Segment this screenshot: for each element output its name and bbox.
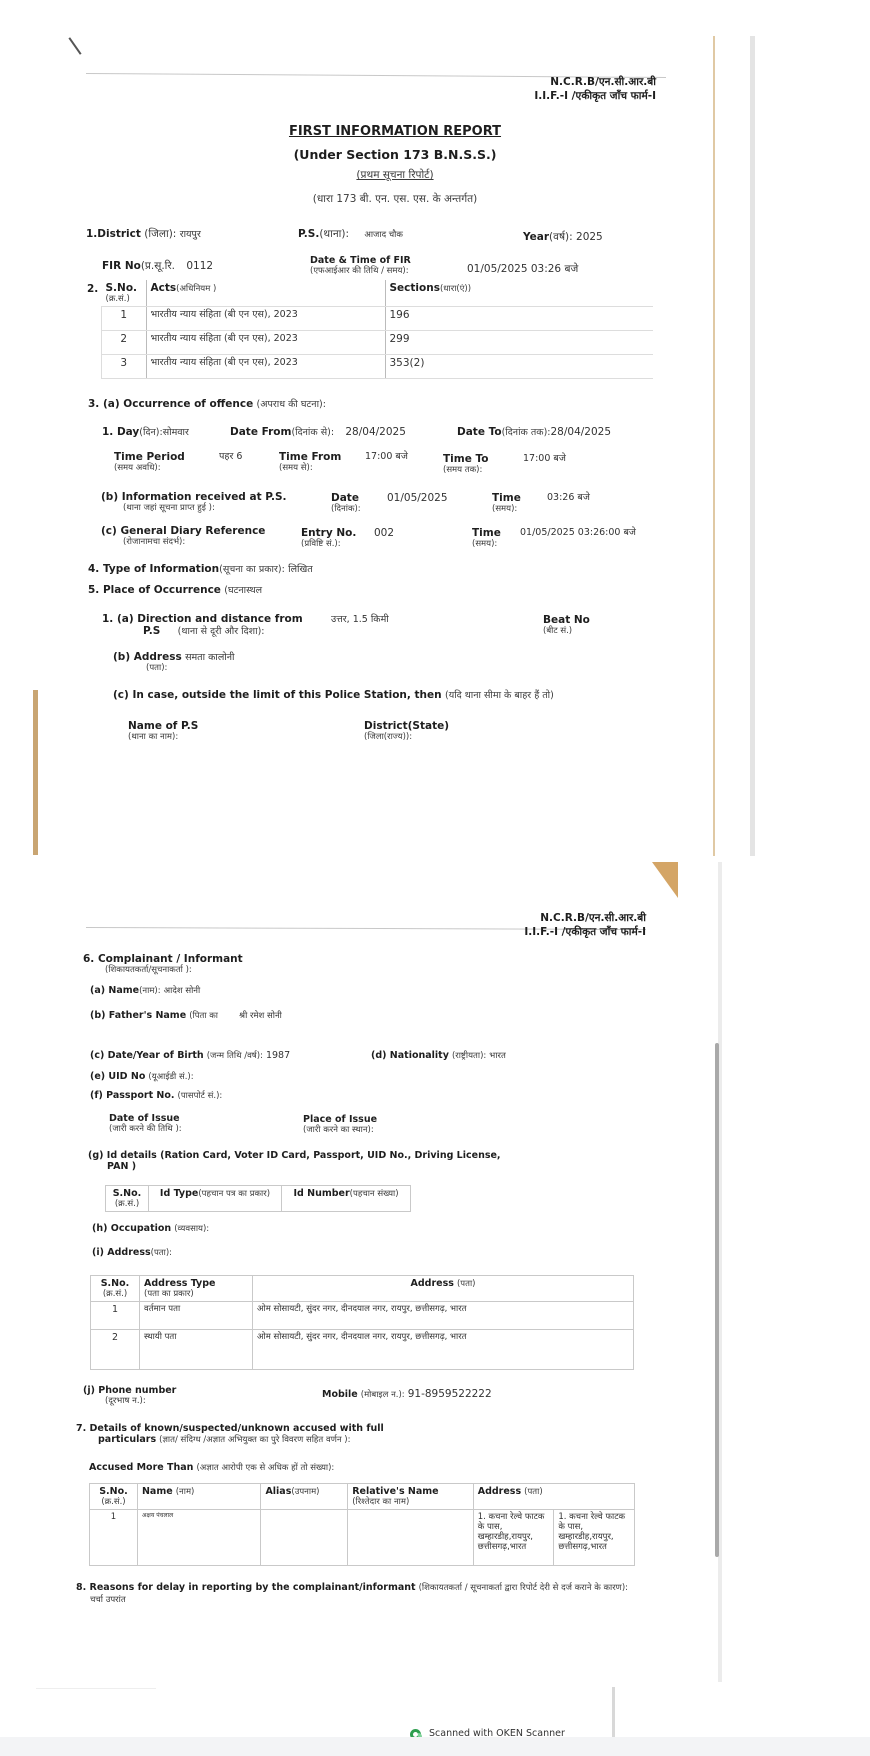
type-of-information-label-hi: (सूचना का प्रकार): <box>219 564 285 575</box>
ps-label: P.S. <box>298 228 319 240</box>
day-label: 1. Day <box>102 426 139 438</box>
accused-row-address-1: 1. कचना रेल्वे फाटक के पास, खम्हारडीह,रा… <box>473 1510 554 1566</box>
mobile-label-hi: (मोबाइल न.): <box>361 1390 405 1400</box>
father-name-label-hi: (पिता का <box>189 1011 218 1021</box>
id-details-label-2: PAN ) <box>88 1161 501 1172</box>
delay-reasons-label-hi: (शिकायतकर्ता / सूचनाकर्ता द्वारा रिपोर्ट… <box>419 1583 628 1593</box>
date-of-issue-label-hi: (जारी करने की तिथि ): <box>109 1124 182 1134</box>
accused-header-name-en: Name <box>142 1486 173 1497</box>
nationality-label: (d) Nationality <box>371 1050 449 1061</box>
date-of-issue-label: Date of Issue <box>109 1113 182 1124</box>
accused-details-label: 7. Details of known/suspected/unknown ac… <box>76 1423 384 1434</box>
time-period-label: Time Period (समय अवधि): <box>114 451 185 473</box>
info-received-label-hi: (थाना जहां सूचना प्राप्त हुई ): <box>101 503 287 513</box>
ps-label-hi: (थाना): <box>319 228 349 240</box>
table-row: 1 भारतीय न्याय संहिता (बी एन एस), 2023 1… <box>102 307 654 331</box>
gd-entry-label-hi: (प्रविष्टि सं.): <box>301 539 356 549</box>
page-left-edge <box>33 690 38 855</box>
row-act: भारतीय न्याय संहिता (बी एन एस), 2023 <box>146 331 385 355</box>
id-header-sno-hi: (क्र.सं.) <box>110 1199 144 1209</box>
fir-datetime-label-en: Date & Time of FIR <box>310 255 411 266</box>
fir-title-hindi: (प्रथम सूचना रिपोर्ट) <box>190 169 600 181</box>
direction-distance-value: उत्तर, 1.5 किमी <box>331 614 389 625</box>
info-time-label: Time (समय): <box>492 492 521 514</box>
occupation: (h) Occupation (व्यवसाय): <box>92 1223 209 1234</box>
direction-distance-label-en: 1. (a) Direction and distance from <box>102 613 303 625</box>
id-table: S.No. (क्र.सं.) Id Type(पहचान पत्र का प्… <box>105 1185 411 1212</box>
time-period-label-en: Time Period <box>114 451 185 463</box>
id-table-header: S.No. (क्र.सं.) Id Type(पहचान पत्र का प्… <box>106 1186 411 1212</box>
occurrence-heading-en: 3. (a) Occurrence of offence <box>88 398 253 410</box>
header-sections-en: Sections <box>390 282 440 294</box>
passport-label-hi: (पासपोर्ट सं.): <box>178 1091 223 1101</box>
mobile-value: 91-8959522222 <box>408 1388 492 1400</box>
dob-label-hi: (जन्म तिथि /वर्ष): <box>207 1051 263 1061</box>
address-header-type-en: Address Type <box>144 1278 248 1289</box>
district-state-label-hi: (जिला(राज्य)): <box>364 732 449 742</box>
place-of-occurrence-label-hi: (घटनास्थल <box>224 585 262 596</box>
district-label: District <box>97 228 141 240</box>
day-label-hi: (दिन): <box>139 427 162 438</box>
place-of-issue-label: Place of Issue <box>303 1114 377 1125</box>
id-details-heading: (g) Id details (Ration Card, Voter ID Ca… <box>88 1150 501 1172</box>
nationality: (d) Nationality (राष्ट्रीयता): भारत <box>371 1050 506 1061</box>
address-header-sno-hi: (क्र.सं.) <box>95 1289 135 1299</box>
accused-row-sno: 1 <box>90 1510 138 1566</box>
info-time-label-en: Time <box>492 492 521 504</box>
time-from-label-hi: (समय से): <box>279 463 341 473</box>
fir-number-label-hi: (प्र.सू.रि. <box>141 260 175 272</box>
page-2-bottom-rule <box>36 1688 156 1689</box>
gd-entry-value: 002 <box>374 527 394 539</box>
fir-subtitle: (Under Section 173 B.N.S.S.) <box>190 147 600 162</box>
fir-datetime-value: 01/05/2025 03:26 बजे <box>467 263 578 275</box>
info-date-label-en: Date <box>331 492 361 504</box>
ps-name-label: Name of P.S (थाना का नाम): <box>128 720 198 742</box>
beat-no-label: Beat No (बीट सं.) <box>543 614 590 636</box>
address-header-address-en: Address <box>411 1278 454 1289</box>
accused-row-alias <box>261 1510 348 1566</box>
gd-entry-label-en: Entry No. <box>301 527 356 539</box>
accused-header-sno-en: S.No. <box>94 1486 133 1497</box>
address-row-type: स्थायी पता <box>140 1330 253 1370</box>
accused-more-than-label: Accused More Than <box>89 1462 193 1473</box>
direction-distance-label-hi: (थाना से दूरी और दिशा): <box>178 626 265 637</box>
time-to-label-en: Time To <box>443 453 488 465</box>
type-of-information: 4. Type of Information(सूचना का प्रकार):… <box>88 563 313 575</box>
accused-header-alias: Alias(उपनाम) <box>261 1484 348 1510</box>
accused-header-relative: Relative's Name (रिश्तेदार का नाम) <box>348 1484 474 1510</box>
ncrb-code-page2: N.C.R.B/एन.सी.आर.बी <box>430 912 646 924</box>
date-from-label: Date From <box>230 426 291 438</box>
accused-header-relative-en: Relative's Name <box>352 1486 469 1497</box>
accused-row-relative <box>348 1510 474 1566</box>
time-to-label-hi: (समय तक): <box>443 465 488 475</box>
id-header-number-hi: (पहचान संख्या) <box>350 1189 399 1199</box>
gd-reference-label: (c) General Diary Reference (रोजानामचा स… <box>101 525 265 547</box>
outside-limit-heading: (c) In case, outside the limit of this P… <box>113 689 554 701</box>
info-received-label: (b) Information received at P.S. (थाना ज… <box>101 491 287 513</box>
mobile-label: Mobile <box>322 1389 358 1400</box>
time-from-label-en: Time From <box>279 451 341 463</box>
info-received-label-en: (b) Information received at P.S. <box>101 491 287 503</box>
address-row-address: ओम सोसायटी, सुंदर नगर, दीनदयाल नगर, रायप… <box>253 1330 634 1370</box>
outside-limit-label-hi: (यदि थाना सीमा के बाहर हैं तो) <box>445 690 554 701</box>
district-value: रायपुर <box>180 229 201 240</box>
acts-table: S.No. (क्र.सं.) Acts(अधिनियम ) Sections(… <box>101 280 653 379</box>
address-header-sno: S.No. (क्र.सं.) <box>91 1276 140 1302</box>
delay-reasons-label: 8. Reasons for delay in reporting by the… <box>76 1582 416 1593</box>
day-field: 1. Day(दिन):सोमवार <box>102 426 189 438</box>
iif-code-page2: I.I.F.-I /एकीकृत जाँच फार्म-I <box>430 926 646 938</box>
date-to-field: Date To(दिनांक तक):28/04/2025 <box>457 426 611 438</box>
place-of-issue-label-hi: (जारी करने का स्थान): <box>303 1125 377 1135</box>
header-sno: S.No. (क्र.सं.) <box>102 280 147 307</box>
address-header-sno-en: S.No. <box>95 1278 135 1289</box>
father-name-value: श्री रमेश सोनी <box>239 1011 282 1021</box>
info-date-value: 01/05/2025 <box>387 492 448 504</box>
id-header-sno: S.No. (क्र.सं.) <box>106 1186 149 1212</box>
uid-no: (e) UID No (यूआईडी सं.): <box>90 1071 194 1082</box>
fir-title: FIRST INFORMATION REPORT <box>190 124 600 139</box>
bottom-strip <box>0 1737 870 1756</box>
section-number: 1. <box>86 228 97 240</box>
ps-name-label-hi: (थाना का नाम): <box>128 732 198 742</box>
complainant-name-label: (a) Name <box>90 985 139 996</box>
accused-more-than: Accused More Than (अज्ञात आरोपी एक से अध… <box>89 1462 334 1473</box>
row-section: 353(2) <box>385 355 653 379</box>
acts-table-header: S.No. (क्र.सं.) Acts(अधिनियम ) Sections(… <box>102 280 654 307</box>
row-sno: 2 <box>102 331 147 355</box>
row-act: भारतीय न्याय संहिता (बी एन एस), 2023 <box>146 355 385 379</box>
occurrence-address-label-hi: (पता): <box>113 663 234 673</box>
table-row: 2 भारतीय न्याय संहिता (बी एन एस), 2023 2… <box>102 331 654 355</box>
time-to-value: 17:00 बजे <box>523 453 566 464</box>
dob-value: 1987 <box>266 1050 290 1061</box>
address-table: S.No. (क्र.सं.) Address Type (पता का प्र… <box>90 1275 634 1370</box>
place-of-occurrence-label: 5. Place of Occurrence <box>88 584 221 596</box>
address-heading: (i) Address(पता): <box>92 1247 172 1258</box>
time-period-label-hi: (समय अवधि): <box>114 463 185 473</box>
phone-number-label-hi: (दूरभाष न.): <box>83 1396 176 1406</box>
pen-mark <box>68 37 81 55</box>
accused-header-sno-hi: (क्र.सं.) <box>94 1497 133 1507</box>
section-2-number: 2. <box>87 283 98 295</box>
header-acts-en: Acts <box>151 282 177 294</box>
father-name: (b) Father's Name (पिता का श्री रमेश सोन… <box>90 1010 282 1021</box>
info-time-label-hi: (समय): <box>492 504 521 514</box>
id-header-type-hi: (पहचान पत्र का प्रकार) <box>198 1189 270 1199</box>
address-row-sno: 2 <box>91 1330 140 1370</box>
ps-value: आजाद चौक <box>364 230 403 240</box>
table-row: 1 वर्तमान पता ओम सोसायटी, सुंदर नगर, दीन… <box>91 1302 634 1330</box>
date-from-field: Date From(दिनांक से): 28/04/2025 <box>230 426 406 438</box>
info-date-label: Date (दिनांक): <box>331 492 361 514</box>
row-section: 299 <box>385 331 653 355</box>
accused-more-than-label-hi: (अज्ञात आरोपी एक से अधिक हों तो संख्या): <box>196 1463 334 1473</box>
header-sections-hi: (धारा(एं)) <box>440 284 471 294</box>
occurrence-address: (b) Address समता कालोनी (पता): <box>113 651 234 673</box>
accused-table: S.No. (क्र.सं.) Name (नाम) Alias(उपनाम) … <box>89 1483 635 1566</box>
address-header-type: Address Type (पता का प्रकार) <box>140 1276 253 1302</box>
accused-header-sno: S.No. (क्र.सं.) <box>90 1484 138 1510</box>
header-sections: Sections(धारा(एं)) <box>385 280 653 307</box>
folded-corner <box>652 862 678 898</box>
accused-row-name: अक्षय पंचलाल <box>137 1510 260 1566</box>
district-state-label-en: District(State) <box>364 720 449 732</box>
place-of-issue: Place of Issue (जारी करने का स्थान): <box>303 1114 377 1135</box>
dob-label: (c) Date/Year of Birth <box>90 1050 204 1061</box>
id-details-label: (g) Id details (Ration Card, Voter ID Ca… <box>88 1150 501 1161</box>
accused-header-alias-en: Alias <box>265 1486 291 1497</box>
nationality-label-hi: (राष्ट्रीयता): <box>452 1051 486 1061</box>
occurrence-heading: 3. (a) Occurrence of offence (अपराध की घ… <box>88 398 326 410</box>
address-row-sno: 1 <box>91 1302 140 1330</box>
fir-datetime-label: Date & Time of FIR (एफआईआर की तिथि / समय… <box>310 255 411 276</box>
uid-label-hi: (यूआईडी सं.): <box>148 1072 193 1082</box>
accused-details-label-hi: (ज्ञात/ संदिग्ध /अज्ञात अभियुक्त का पुरे… <box>159 1435 350 1445</box>
header-acts-hi: (अधिनियम ) <box>176 284 216 294</box>
address-row-type: वर्तमान पता <box>140 1302 253 1330</box>
accused-header-address: Address (पता) <box>473 1484 634 1510</box>
direction-distance-ps: P.S <box>143 625 160 637</box>
uid-label: (e) UID No <box>90 1071 145 1082</box>
header-sno-en: S.No. <box>106 282 142 294</box>
year-value: 2025 <box>576 231 603 243</box>
type-of-information-value: लिखित <box>288 564 313 575</box>
table-row: 2 स्थायी पता ओम सोसायटी, सुंदर नगर, दीनद… <box>91 1330 634 1370</box>
accused-details-label-2: particulars <box>98 1434 156 1445</box>
fir-datetime-label-hi: (एफआईआर की तिथि / समय): <box>310 266 411 276</box>
date-of-issue: Date of Issue (जारी करने की तिथि ): <box>109 1113 182 1134</box>
header-sno-hi: (क्र.सं.) <box>106 294 142 304</box>
row-act: भारतीय न्याय संहिता (बी एन एस), 2023 <box>146 307 385 331</box>
date-of-birth: (c) Date/Year of Birth (जन्म तिथि /वर्ष)… <box>90 1050 290 1061</box>
phone-number-label: (j) Phone number <box>83 1385 176 1396</box>
gd-time-label-en: Time <box>472 527 501 539</box>
accused-header-name-hi: (नाम) <box>176 1487 195 1497</box>
address-label: (i) Address <box>92 1247 151 1258</box>
date-from-value: 28/04/2025 <box>345 426 406 438</box>
delay-reasons: 8. Reasons for delay in reporting by the… <box>76 1582 666 1605</box>
gd-time-value: 01/05/2025 03:26:00 बजे <box>520 527 636 538</box>
address-header-address: Address (पता) <box>253 1276 634 1302</box>
district-field: 1.District (जिला): रायपुर <box>86 228 201 240</box>
accused-header-alias-hi: (उपनाम) <box>291 1487 319 1497</box>
time-period-value: पहर 6 <box>219 451 242 462</box>
id-header-type-en: Id Type <box>160 1188 198 1199</box>
time-from-value: 17:00 बजे <box>365 451 408 462</box>
fir-number-value: 0112 <box>186 260 213 272</box>
page-right-shadow <box>750 36 755 856</box>
father-name-label: (b) Father's Name <box>90 1010 186 1021</box>
date-to-label: Date To <box>457 426 502 438</box>
beat-no-label-hi: (बीट सं.) <box>543 626 590 636</box>
complainant-heading-hi: (शिकायतकर्ता/सूचनाकर्ता ): <box>83 965 243 975</box>
id-header-type: Id Type(पहचान पत्र का प्रकार) <box>149 1186 282 1212</box>
day-value: सोमवार <box>163 427 189 438</box>
nationality-value: भारत <box>489 1051 506 1061</box>
time-from-label: Time From (समय से): <box>279 451 341 473</box>
id-header-sno-en: S.No. <box>110 1188 144 1199</box>
occupation-label: (h) Occupation <box>92 1223 171 1234</box>
iif-code: I.I.F.-I /एकीकृत जाँच फार्म-I <box>440 90 656 102</box>
year-label: Year <box>523 231 549 243</box>
direction-distance-label: 1. (a) Direction and distance from P.S (… <box>102 613 303 637</box>
passport-no: (f) Passport No. (पासपोर्ट सं.): <box>90 1090 222 1101</box>
outside-limit-label: (c) In case, outside the limit of this P… <box>113 689 442 701</box>
time-to-label: Time To (समय तक): <box>443 453 488 475</box>
id-header-number-en: Id Number <box>293 1188 349 1199</box>
occurrence-address-value: समता कालोनी <box>185 652 234 663</box>
district-state-label: District(State) (जिला(राज्य)): <box>364 720 449 742</box>
page-right-edge <box>713 36 715 856</box>
page-2-bottom-edge <box>612 1687 615 1737</box>
table-row: 1 अक्षय पंचलाल 1. कचना रेल्वे फाटक के पा… <box>90 1510 635 1566</box>
fir-number-field: FIR No(प्र.सू.रि. 0112 <box>102 260 213 272</box>
passport-label: (f) Passport No. <box>90 1090 175 1101</box>
row-sno: 1 <box>102 307 147 331</box>
accused-header-address-hi: (पता) <box>524 1487 543 1497</box>
date-to-value: 28/04/2025 <box>550 426 611 438</box>
complainant-name-value: आदेश सोनी <box>164 986 201 996</box>
accused-details-heading: 7. Details of known/suspected/unknown ac… <box>76 1423 384 1445</box>
accused-header-relative-hi: (रिश्तेदार का नाम) <box>352 1497 469 1507</box>
date-to-label-hi: (दिनांक तक): <box>502 427 551 438</box>
ps-field: P.S.(थाना): आजाद चौक <box>298 228 403 240</box>
date-from-label-hi: (दिनांक से): <box>291 427 334 438</box>
complainant-name-label-hi: (नाम): <box>139 986 161 996</box>
ps-name-label-en: Name of P.S <box>128 720 198 732</box>
phone-number: (j) Phone number (दूरभाष न.): <box>83 1385 176 1406</box>
occurrence-address-label: (b) Address <box>113 651 182 663</box>
district-label-hi: (जिला): <box>144 228 176 240</box>
year-field: Year(वर्ष): 2025 <box>523 231 603 243</box>
beat-no-label-en: Beat No <box>543 614 590 626</box>
fir-number-label: FIR No <box>102 260 141 272</box>
complainant-name: (a) Name(नाम): आदेश सोनी <box>90 985 200 996</box>
scrollbar-thumb[interactable] <box>715 1043 719 1557</box>
complainant-heading-en: 6. Complainant / Informant <box>83 953 243 965</box>
year-label-hi: (वर्ष): <box>549 231 573 243</box>
gd-time-label: Time (समय): <box>472 527 501 549</box>
id-header-number: Id Number(पहचान संख्या) <box>282 1186 411 1212</box>
gd-entry-label: Entry No. (प्रविष्टि सं.): <box>301 527 356 549</box>
table-row: 3 भारतीय न्याय संहिता (बी एन एस), 2023 3… <box>102 355 654 379</box>
gd-time-label-hi: (समय): <box>472 539 501 549</box>
info-date-label-hi: (दिनांक): <box>331 504 361 514</box>
accused-header-name: Name (नाम) <box>137 1484 260 1510</box>
mobile-number: Mobile (मोबाइल न.): 91-8959522222 <box>322 1388 492 1400</box>
accused-header-address-en: Address <box>478 1486 521 1497</box>
address-header-type-hi: (पता का प्रकार) <box>144 1289 248 1299</box>
occurrence-heading-hi: (अपराध की घटना): <box>257 399 326 410</box>
ncrb-code: N.C.R.B/एन.सी.आर.बी <box>440 76 656 88</box>
fir-section-hindi: (धारा 173 बी. एन. एस. एस. के अन्तर्गत) <box>190 193 600 205</box>
gd-reference-label-hi: (रोजानामचा संदर्भ): <box>101 537 265 547</box>
occupation-label-hi: (व्यवसाय): <box>174 1224 209 1234</box>
address-row-address: ओम सोसायटी, सुंदर नगर, दीनदयाल नगर, रायप… <box>253 1302 634 1330</box>
address-header-address-hi: (पता) <box>457 1279 476 1289</box>
accused-table-header: S.No. (क्र.सं.) Name (नाम) Alias(उपनाम) … <box>90 1484 635 1510</box>
row-sno: 3 <box>102 355 147 379</box>
delay-reasons-value: चर्चा उपरांत <box>76 1595 666 1605</box>
header-acts: Acts(अधिनियम ) <box>146 280 385 307</box>
address-label-hi: (पता): <box>151 1248 172 1258</box>
row-section: 196 <box>385 307 653 331</box>
address-table-header: S.No. (क्र.सं.) Address Type (पता का प्र… <box>91 1276 634 1302</box>
info-time-value: 03:26 बजे <box>547 492 590 503</box>
accused-row-address-2: 1. कचना रेल्वे फाटक के पास, खम्हारडीह,रा… <box>554 1510 635 1566</box>
gd-reference-label-en: (c) General Diary Reference <box>101 525 265 537</box>
complainant-heading: 6. Complainant / Informant (शिकायतकर्ता/… <box>83 953 243 975</box>
place-of-occurrence-heading: 5. Place of Occurrence (घटनास्थल <box>88 584 262 596</box>
type-of-information-label: 4. Type of Information <box>88 563 219 575</box>
